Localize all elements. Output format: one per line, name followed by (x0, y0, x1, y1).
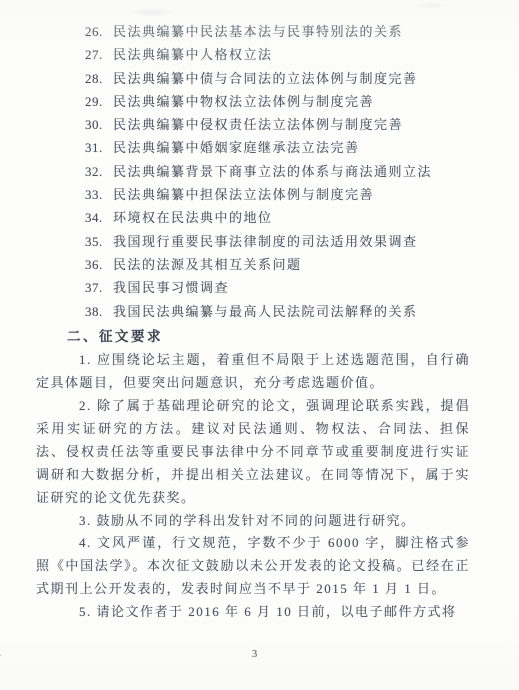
topic-list-item: 35. 我国现行重要民事法律制度的司法适用效果调查 (85, 230, 470, 253)
topic-number: 34. (85, 206, 113, 229)
topic-list-item: 36. 民法的法源及其相互关系问题 (85, 253, 470, 276)
topic-number: 37. (85, 276, 113, 299)
topic-text: 民法典编纂中侵权责任法立法体例与制度完善 (113, 113, 403, 136)
topic-text: 民法典编纂中婚姻家庭继承法立法完善 (113, 136, 360, 159)
topic-list-item: 26. 民法典编纂中民法基本法与民事特别法的关系 (85, 20, 470, 43)
topic-text: 环境权在民法典中的地位 (113, 206, 273, 229)
scanned-document-page: 26. 民法典编纂中民法基本法与民事特别法的关系 27. 民法典编纂中人格权立法… (0, 0, 519, 690)
topic-list-item: 37. 我国民事习惯调查 (85, 276, 470, 299)
topic-text: 我国现行重要民事法律制度的司法适用效果调查 (113, 230, 418, 253)
requirement-paragraph-2: 2. 除了属于基础理论研究的论文，强调理论联系实践，提倡采用实证研究的方法。建议… (36, 395, 470, 510)
requirement-paragraph-3: 3. 鼓励从不同的学科出发针对不同的问题进行研究。 (36, 510, 470, 533)
topic-number: 32. (85, 160, 113, 183)
requirement-paragraph-4: 4. 文风严谨，行文规范，字数不少于 6000 字，脚注格式参照《中国法学》。本… (36, 532, 470, 601)
topic-number: 33. (85, 183, 113, 206)
topic-list-item: 29. 民法典编纂中物权法立法体例与制度完善 (85, 90, 470, 113)
topic-number: 27. (85, 43, 113, 66)
document-content: 26. 民法典编纂中民法基本法与民事特别法的关系 27. 民法典编纂中人格权立法… (36, 20, 470, 624)
page-number: 3 (0, 648, 514, 660)
topic-text: 民法典编纂中民法基本法与民事特别法的关系 (113, 20, 403, 43)
topic-text: 我国民事习惯调查 (113, 276, 229, 299)
topic-list-item: 33. 民法典编纂中担保法立法体例与制度完善 (85, 183, 470, 206)
topic-text: 我国民法典编纂与最高人民法院司法解释的关系 (113, 300, 418, 323)
topic-list-item: 28. 民法典编纂中债与合同法的立法体例与制度完善 (85, 67, 470, 90)
requirement-paragraph-1: 1. 应围绕论坛主题，着重但不局限于上述选题范围，自行确定具体题目，但要突出问题… (36, 349, 470, 395)
topic-list-item: 32. 民法典编纂背景下商事立法的体系与商法通则立法 (85, 160, 470, 183)
requirement-paragraph-5: 5. 请论文作者于 2016 年 6 月 10 日前，以电子邮件方式将 (36, 601, 470, 624)
section-heading: 二、征文要求 (67, 325, 470, 348)
topic-text: 民法典编纂中物权法立法体例与制度完善 (113, 90, 374, 113)
topic-text: 民法典编纂中担保法立法体例与制度完善 (113, 183, 374, 206)
topic-number: 29. (85, 90, 113, 113)
topic-list-item: 30. 民法典编纂中侵权责任法立法体例与制度完善 (85, 113, 470, 136)
topic-list: 26. 民法典编纂中民法基本法与民事特别法的关系 27. 民法典编纂中人格权立法… (36, 20, 470, 323)
topic-number: 36. (85, 253, 113, 276)
topic-list-item: 27. 民法典编纂中人格权立法 (85, 43, 470, 66)
topic-number: 35. (85, 230, 113, 253)
topic-list-item: 34. 环境权在民法典中的地位 (85, 206, 470, 229)
scan-smudge (415, 2, 447, 9)
topic-number: 38. (85, 300, 113, 323)
scan-smudge (130, 8, 176, 17)
topic-list-item: 31. 民法典编纂中婚姻家庭继承法立法完善 (85, 136, 470, 159)
topic-number: 30. (85, 113, 113, 136)
topic-number: 28. (85, 67, 113, 90)
topic-text: 民法的法源及其相互关系问题 (113, 253, 302, 276)
topic-text: 民法典编纂背景下商事立法的体系与商法通则立法 (113, 160, 432, 183)
topic-list-item: 38. 我国民法典编纂与最高人民法院司法解释的关系 (85, 300, 470, 323)
topic-number: 31. (85, 136, 113, 159)
topic-number: 26. (85, 20, 113, 43)
topic-text: 民法典编纂中债与合同法的立法体例与制度完善 (113, 67, 418, 90)
topic-text: 民法典编纂中人格权立法 (113, 43, 273, 66)
